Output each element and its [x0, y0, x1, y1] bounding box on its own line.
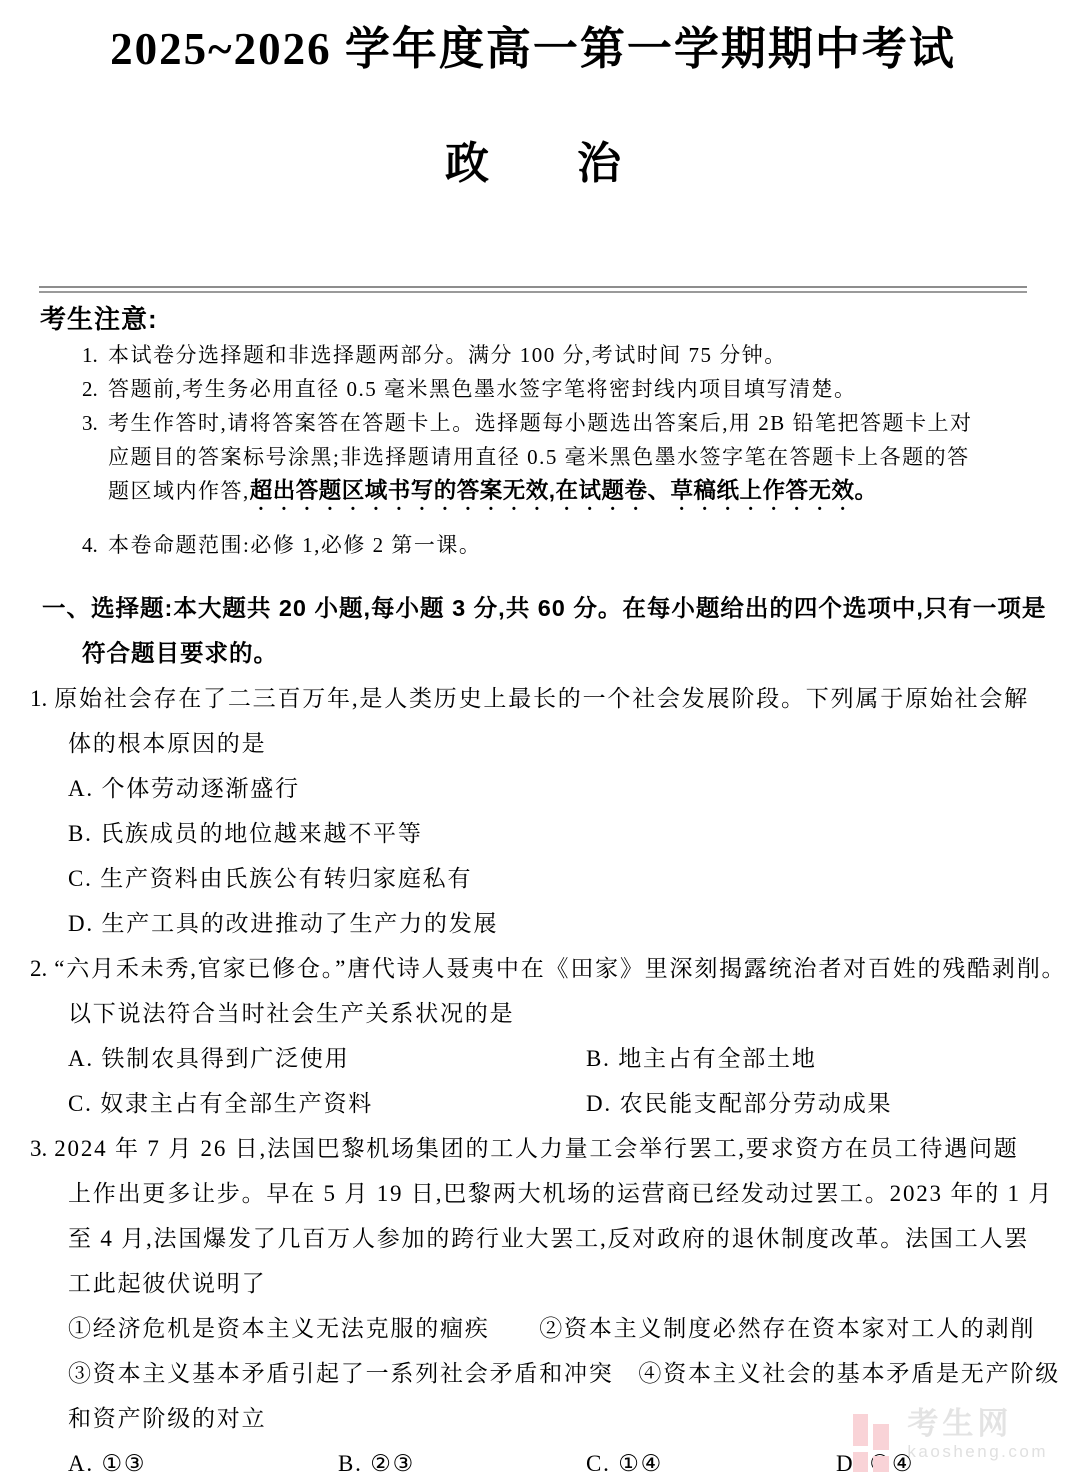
questions-list: 1.原始社会存在了二三百万年,是人类历史上最长的一个社会发展阶段。下列属于原始社… — [30, 676, 1046, 1482]
question-3-option-c: C. ①④ — [586, 1441, 836, 1482]
question-2-option-c: C. 奴隶主占有全部生产资料 — [68, 1081, 586, 1126]
question-1-option-c: C. 生产资料由氏族公有转归家庭私有 — [30, 856, 1046, 901]
question-3-option-a: A. ①③ — [68, 1441, 338, 1482]
watermark-site-name: 考生网 — [907, 1406, 1048, 1442]
kaosheng-logo-icon — [853, 1412, 897, 1474]
question-stem-line: 至 4 月,法国爆发了几百万人参加的跨行业大罢工,反对政府的退休制度改革。法国工… — [30, 1216, 1046, 1261]
subject-title: 政 治 — [0, 138, 1066, 190]
question-number: 3. — [30, 1136, 47, 1161]
question-1: 1.原始社会存在了二三百万年,是人类历史上最长的一个社会发展阶段。下列属于原始社… — [30, 676, 1046, 946]
question-2: 2.“六月禾未秀,官家已修仓。”唐代诗人聂夷中在《田家》里深刻揭露统治者对百姓的… — [30, 946, 1046, 1126]
section-header-line-1: 一、选择题:本大题共 20 小题,每小题 3 分,共 60 分。在每小题给出的四… — [42, 586, 1026, 631]
question-3-statement-line: ①经济危机是资本主义无法克服的痼疾 ②资本主义制度必然存在资本家对工人的剥削 — [30, 1306, 1046, 1351]
question-stem-line: 工此起彼伏说明了 — [30, 1261, 1046, 1306]
notice-heading: 考生注意: — [40, 300, 1026, 338]
notice-item-1: 1.本试卷分选择题和非选择题两部分。满分 100 分,考试时间 75 分钟。 — [40, 338, 1026, 372]
double-rule-divider — [39, 286, 1027, 293]
question-1-option-d: D. 生产工具的改进推动了生产力的发展 — [30, 901, 1046, 946]
notice-item-3-line-2: 应题目的答案标号涂黑;非选择题请用直径 0.5 毫米黑色墨水签字笔在答题卡上各题… — [40, 440, 1026, 474]
question-stem-line: 以下说法符合当时社会生产关系状况的是 — [30, 991, 1046, 1036]
question-number: 2. — [30, 956, 47, 981]
question-2-option-b: B. 地主占有全部土地 — [586, 1046, 817, 1071]
notice-item-number: 3. — [82, 406, 108, 440]
question-2-option-row: A. 铁制农具得到广泛使用B. 地主占有全部土地 — [30, 1036, 1046, 1081]
notice-item-text: 本卷命题范围:必修 1,必修 2 第一课。 — [108, 533, 481, 557]
notice-item-text: 考生作答时,请将答案答在答题卡上。选择题每小题选出答案后,用 2B 铅笔把答题卡… — [108, 411, 973, 435]
question-stem-line: 上作出更多让步。早在 5 月 19 日,巴黎两大机场的运营商已经发动过罢工。20… — [30, 1171, 1046, 1216]
notice-section: 考生注意: 1.本试卷分选择题和非选择题两部分。满分 100 分,考试时间 75… — [40, 300, 1026, 562]
question-2-option-d: D. 农民能支配部分劳动成果 — [586, 1091, 892, 1116]
question-stem-line: 1.原始社会存在了二三百万年,是人类历史上最长的一个社会发展阶段。下列属于原始社… — [30, 676, 1046, 721]
watermark-site-url: kaosheng.com — [907, 1442, 1048, 1462]
question-stem-text: 原始社会存在了二三百万年,是人类历史上最长的一个社会发展阶段。下列属于原始社会解 — [54, 686, 1029, 711]
section-header-line-2: 符合题目要求的。 — [42, 631, 1026, 676]
question-stem-text: “六月禾未秀,官家已修仓。”唐代诗人聂夷中在《田家》里深刻揭露统治者对百姓的残酷… — [54, 956, 1066, 981]
notice-item-2: 2.答题前,考生务必用直径 0.5 毫米黑色墨水签字笔将密封线内项目填写清楚。 — [40, 372, 1026, 406]
question-stem-text: 2024 年 7 月 26 日,法国巴黎机场集团的工人力量工会举行罢工,要求资方… — [54, 1136, 1018, 1161]
question-stem-line: 2.“六月禾未秀,官家已修仓。”唐代诗人聂夷中在《田家》里深刻揭露统治者对百姓的… — [30, 946, 1046, 991]
kaosheng-watermark: 考生网 kaosheng.com — [853, 1406, 1048, 1474]
notice-item-text: 题区域内作答, — [108, 479, 250, 503]
question-3-option-b: B. ②③ — [338, 1441, 586, 1482]
exam-paper-page: 2025~2026 学年度高一第一学期期中考试 政 治 考生注意: 1.本试卷分… — [0, 0, 1066, 1482]
notice-item-3-line-3: 题区域内作答,超出答题区域书写的答案无效,在试题卷、草稿纸上作答无效。 — [40, 474, 1026, 515]
notice-item-3-line-1: 3.考生作答时,请将答案答在答题卡上。选择题每小题选出答案后,用 2B 铅笔把答… — [40, 406, 1026, 440]
notice-item-text: 本试卷分选择题和非选择题两部分。满分 100 分,考试时间 75 分钟。 — [108, 343, 787, 367]
question-1-option-b: B. 氏族成员的地位越来越不平等 — [30, 811, 1046, 856]
question-number: 1. — [30, 686, 47, 711]
notice-item-text: 应题目的答案标号涂黑;非选择题请用直径 0.5 毫米黑色墨水签字笔在答题卡上各题… — [108, 445, 970, 469]
notice-item-number: 4. — [82, 528, 108, 562]
question-stem-line: 体的根本原因的是 — [30, 721, 1046, 766]
notice-item-4: 4.本卷命题范围:必修 1,必修 2 第一课。 — [40, 528, 1026, 562]
watermark-text: 考生网 kaosheng.com — [907, 1406, 1048, 1462]
question-2-option-row: C. 奴隶主占有全部生产资料D. 农民能支配部分劳动成果 — [30, 1081, 1046, 1126]
question-2-option-a: A. 铁制农具得到广泛使用 — [68, 1036, 586, 1081]
notice-item-number: 1. — [82, 338, 108, 372]
notice-emphasized-warning: 超出答题区域书写的答案无效,在试题卷、草稿纸上作答无效。 — [250, 478, 878, 503]
exam-title: 2025~2026 学年度高一第一学期期中考试 — [0, 20, 1066, 78]
notice-item-text: 答题前,考生务必用直径 0.5 毫米黑色墨水签字笔将密封线内项目填写清楚。 — [108, 377, 857, 401]
question-3-statement-line: ③资本主义基本矛盾引起了一系列社会矛盾和冲突 ④资本主义社会的基本矛盾是无产阶级 — [30, 1351, 1046, 1396]
section-header-choice-questions: 一、选择题:本大题共 20 小题,每小题 3 分,共 60 分。在每小题给出的四… — [42, 586, 1026, 676]
notice-item-number: 2. — [82, 372, 108, 406]
question-stem-line: 3.2024 年 7 月 26 日,法国巴黎机场集团的工人力量工会举行罢工,要求… — [30, 1126, 1046, 1171]
question-1-option-a: A. 个体劳动逐渐盛行 — [30, 766, 1046, 811]
